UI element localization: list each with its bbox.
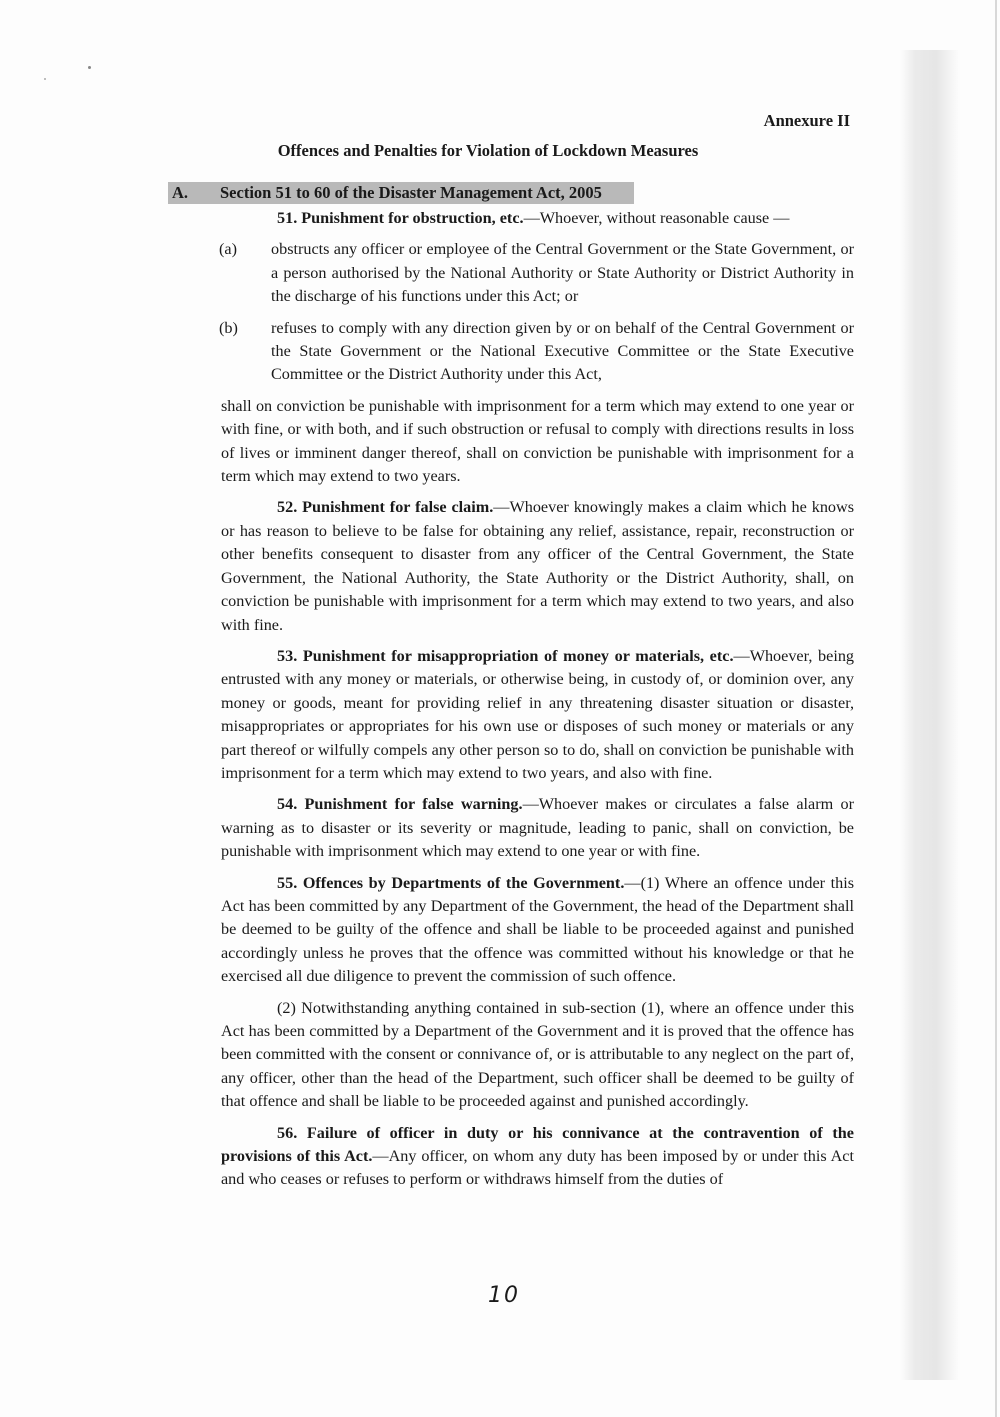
section-56: 56. Failure of officer in duty or his co… [221, 1122, 854, 1192]
section-55-1: 55. Offences by Departments of the Gover… [221, 872, 854, 989]
section-55-heading: 55. Offences by Departments of the Gover… [277, 874, 624, 892]
section-51-heading: 51. Punishment for obstruction, etc. [277, 209, 524, 227]
section-51-conclusion: shall on conviction be punishable with i… [221, 395, 854, 489]
clause-b-text: refuses to comply with any direction giv… [271, 319, 854, 384]
clause-a-text: obstructs any officer or employee of the… [271, 240, 854, 305]
section-52: 52. Punishment for false claim.—Whoever … [221, 496, 854, 636]
section-52-heading: 52. Punishment for false claim. [277, 498, 493, 516]
clause-b: (b)refuses to comply with any direction … [219, 317, 854, 387]
section-51-intro: 51. Punishment for obstruction, etc.—Who… [221, 207, 854, 230]
section-51-intro-text: —Whoever, without reasonable cause — [524, 209, 790, 227]
annexure-label: Annexure II [764, 111, 850, 131]
document-title: Offences and Penalties for Violation of … [0, 141, 1000, 161]
document-body: 51. Punishment for obstruction, etc.—Who… [221, 207, 854, 1192]
scan-speck [88, 66, 91, 69]
scan-edge-line [995, 0, 997, 1417]
section-heading: A. Section 51 to 60 of the Disaster Mana… [168, 182, 634, 204]
scan-shadow [900, 50, 960, 1380]
clause-a: (a)obstructs any officer or employee of … [219, 238, 854, 308]
scan-speck [44, 78, 46, 80]
section-55-2: (2) Notwithstanding anything contained i… [221, 997, 854, 1114]
section-title: Section 51 to 60 of the Disaster Managem… [220, 182, 602, 204]
section-53-heading: 53. Punishment for misappropriation of m… [277, 647, 734, 665]
clause-b-label: (b) [219, 317, 238, 340]
section-letter: A. [172, 182, 188, 204]
section-54: 54. Punishment for false warning.—Whoeve… [221, 793, 854, 863]
page-number: 10 [488, 1283, 520, 1308]
section-53: 53. Punishment for misappropriation of m… [221, 645, 854, 785]
section-52-text: —Whoever knowingly makes a claim which h… [221, 498, 854, 633]
clause-a-label: (a) [219, 238, 237, 261]
section-53-text: —Whoever, being entrusted with any money… [221, 647, 854, 782]
section-54-heading: 54. Punishment for false warning. [277, 795, 523, 813]
